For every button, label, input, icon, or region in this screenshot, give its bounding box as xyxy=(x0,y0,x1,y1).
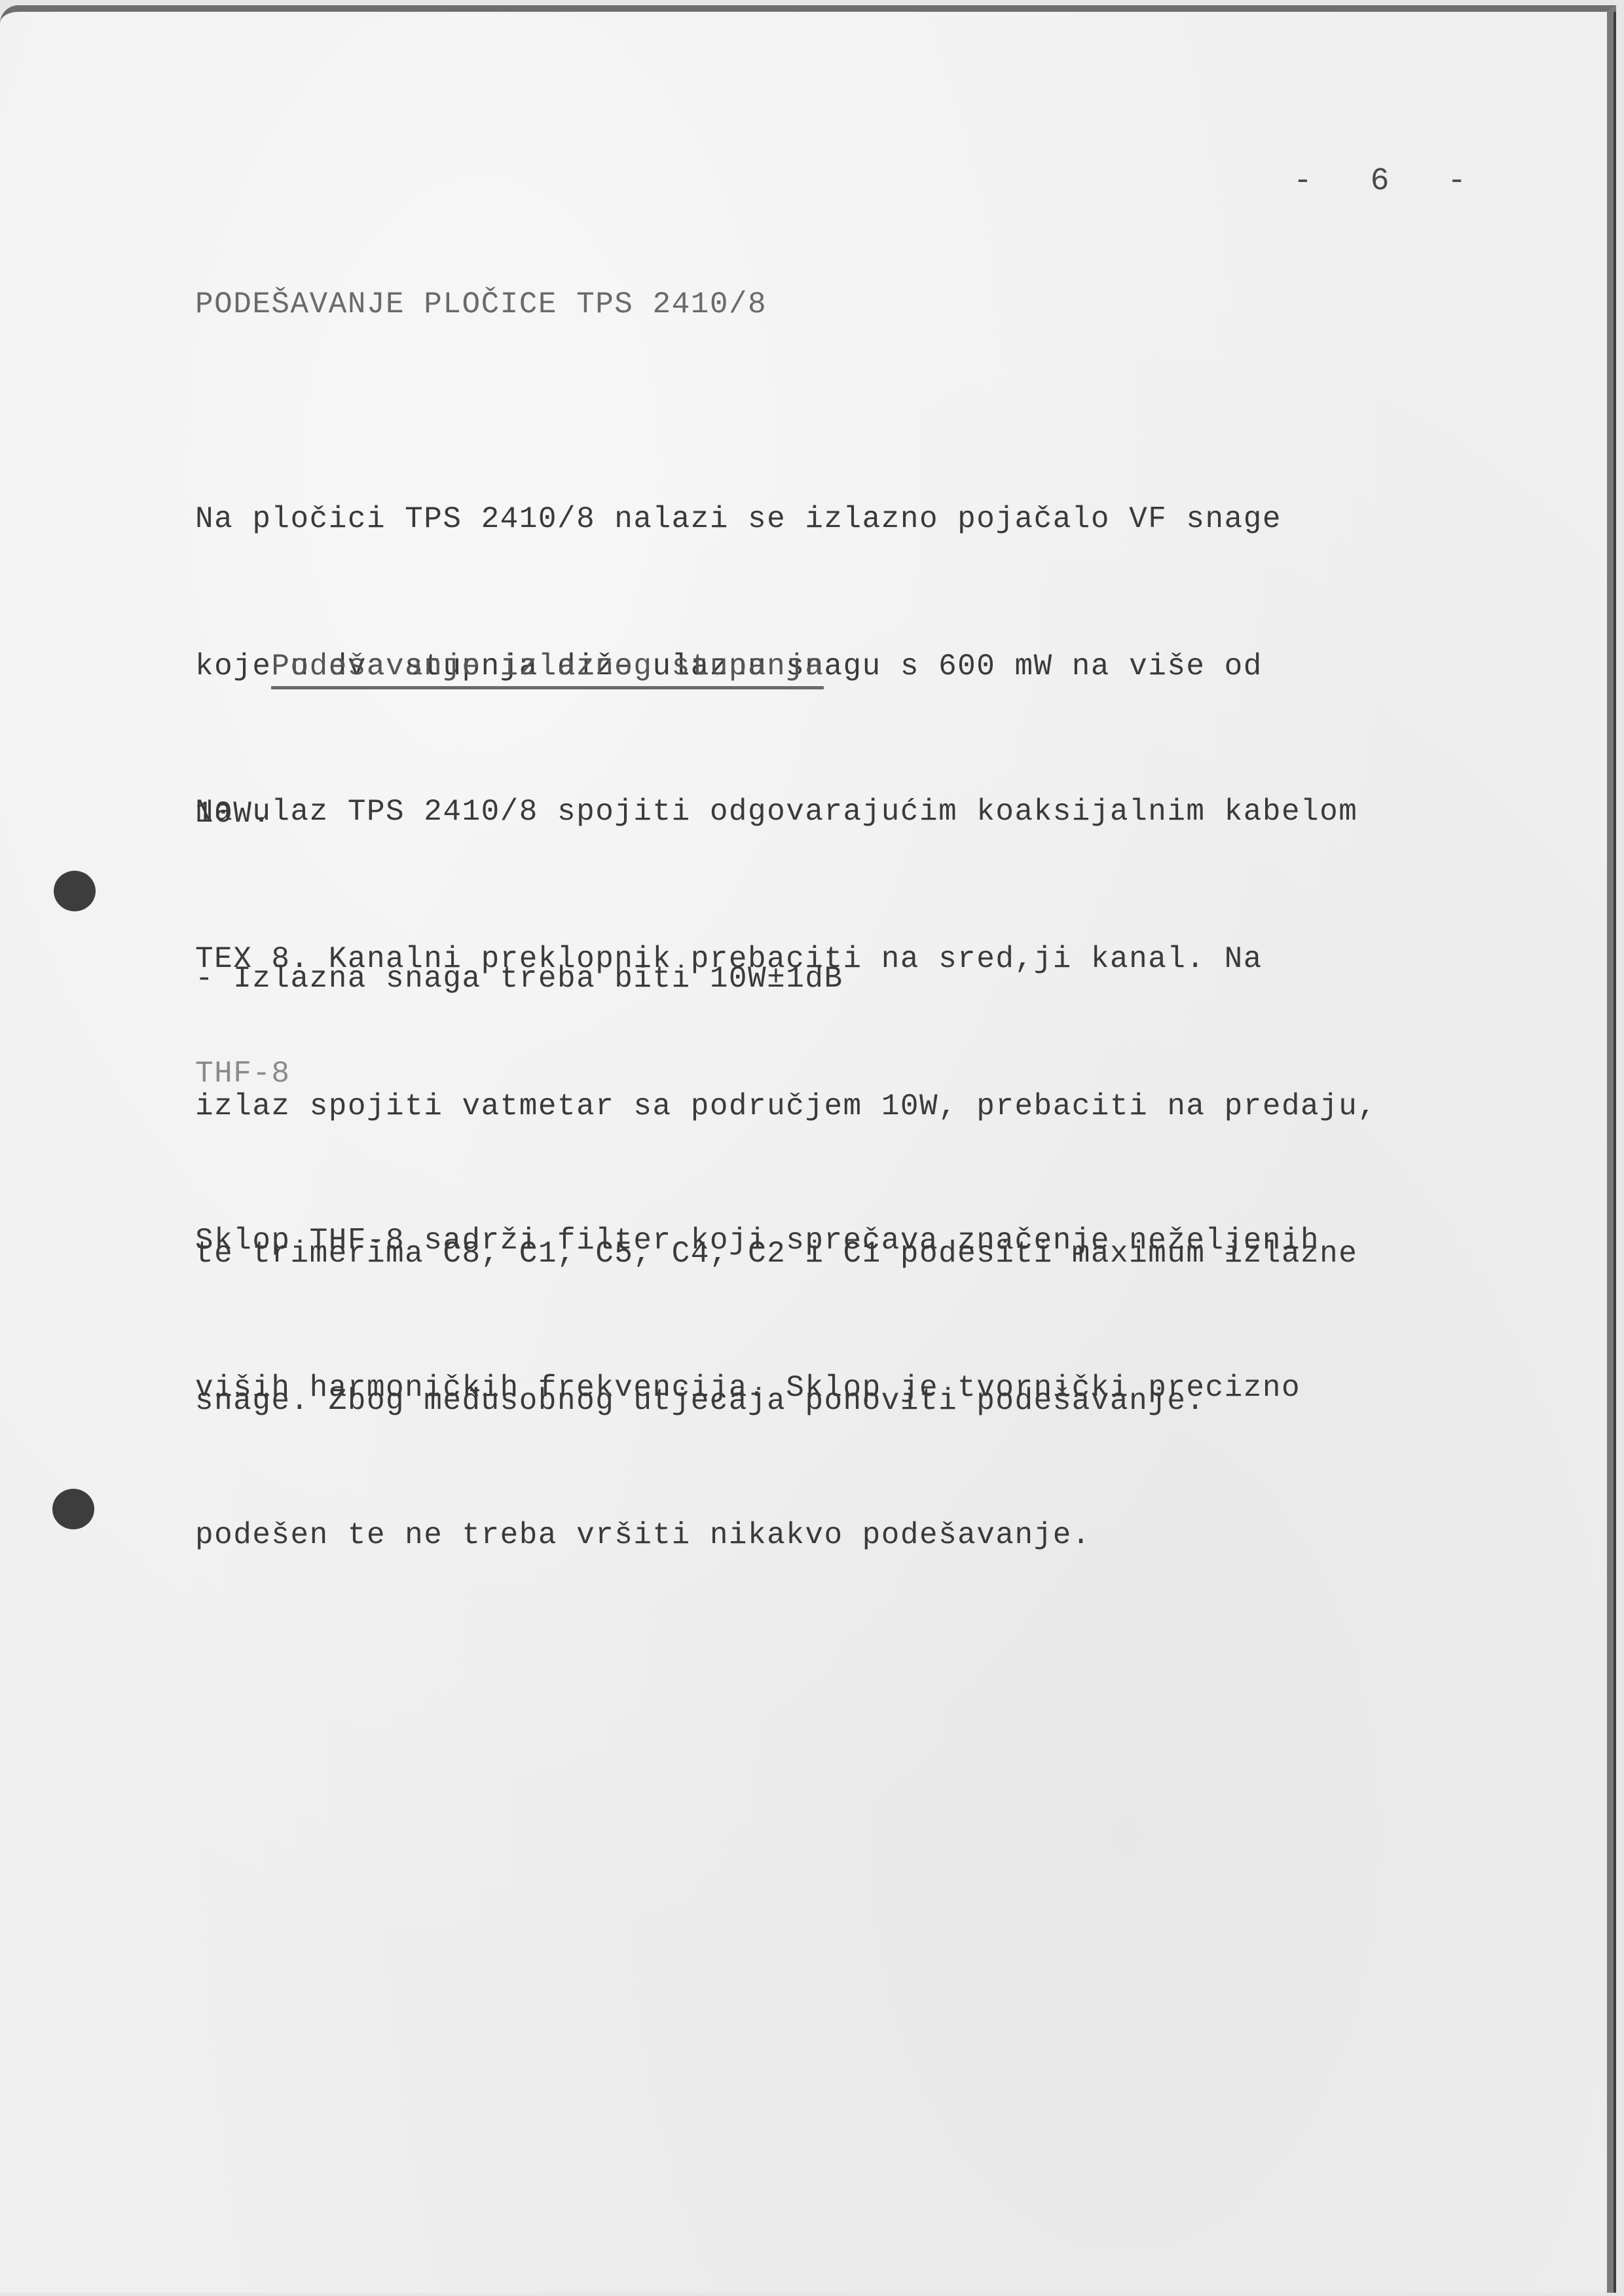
paragraph-line: Na ulaz TPS 2410/8 spojiti odgovarajućim… xyxy=(195,788,1376,837)
paragraph-line: Na pločici TPS 2410/8 nalazi se izlazno … xyxy=(195,495,1282,544)
paragraph-line: Sklop THF-8 sadrži filter koji sprečava … xyxy=(195,1216,1319,1266)
punch-hole xyxy=(52,1489,94,1529)
thf-heading: THF-8 xyxy=(195,1049,291,1099)
output-power-note: - Izlazna snaga treba biti 10W±1dB xyxy=(195,955,843,1004)
punch-hole xyxy=(54,871,96,911)
paragraph-line: viših harmoničkih frekvencija. Sklop je … xyxy=(195,1364,1319,1413)
document-page: - 6 - PODEŠAVANJE PLOČICE TPS 2410/8 Na … xyxy=(0,5,1616,2293)
document-title: PODEŠAVANJE PLOČICE TPS 2410/8 xyxy=(195,280,767,329)
paragraph-line: podešen te ne treba vršiti nikakvo podeš… xyxy=(195,1511,1319,1560)
page-number: - 6 - xyxy=(1293,164,1486,199)
thf-paragraph: Sklop THF-8 sadrži filter koji sprečava … xyxy=(195,1118,1319,1658)
section-heading-text: Podešavanje izlaznog stupanja xyxy=(271,649,824,689)
